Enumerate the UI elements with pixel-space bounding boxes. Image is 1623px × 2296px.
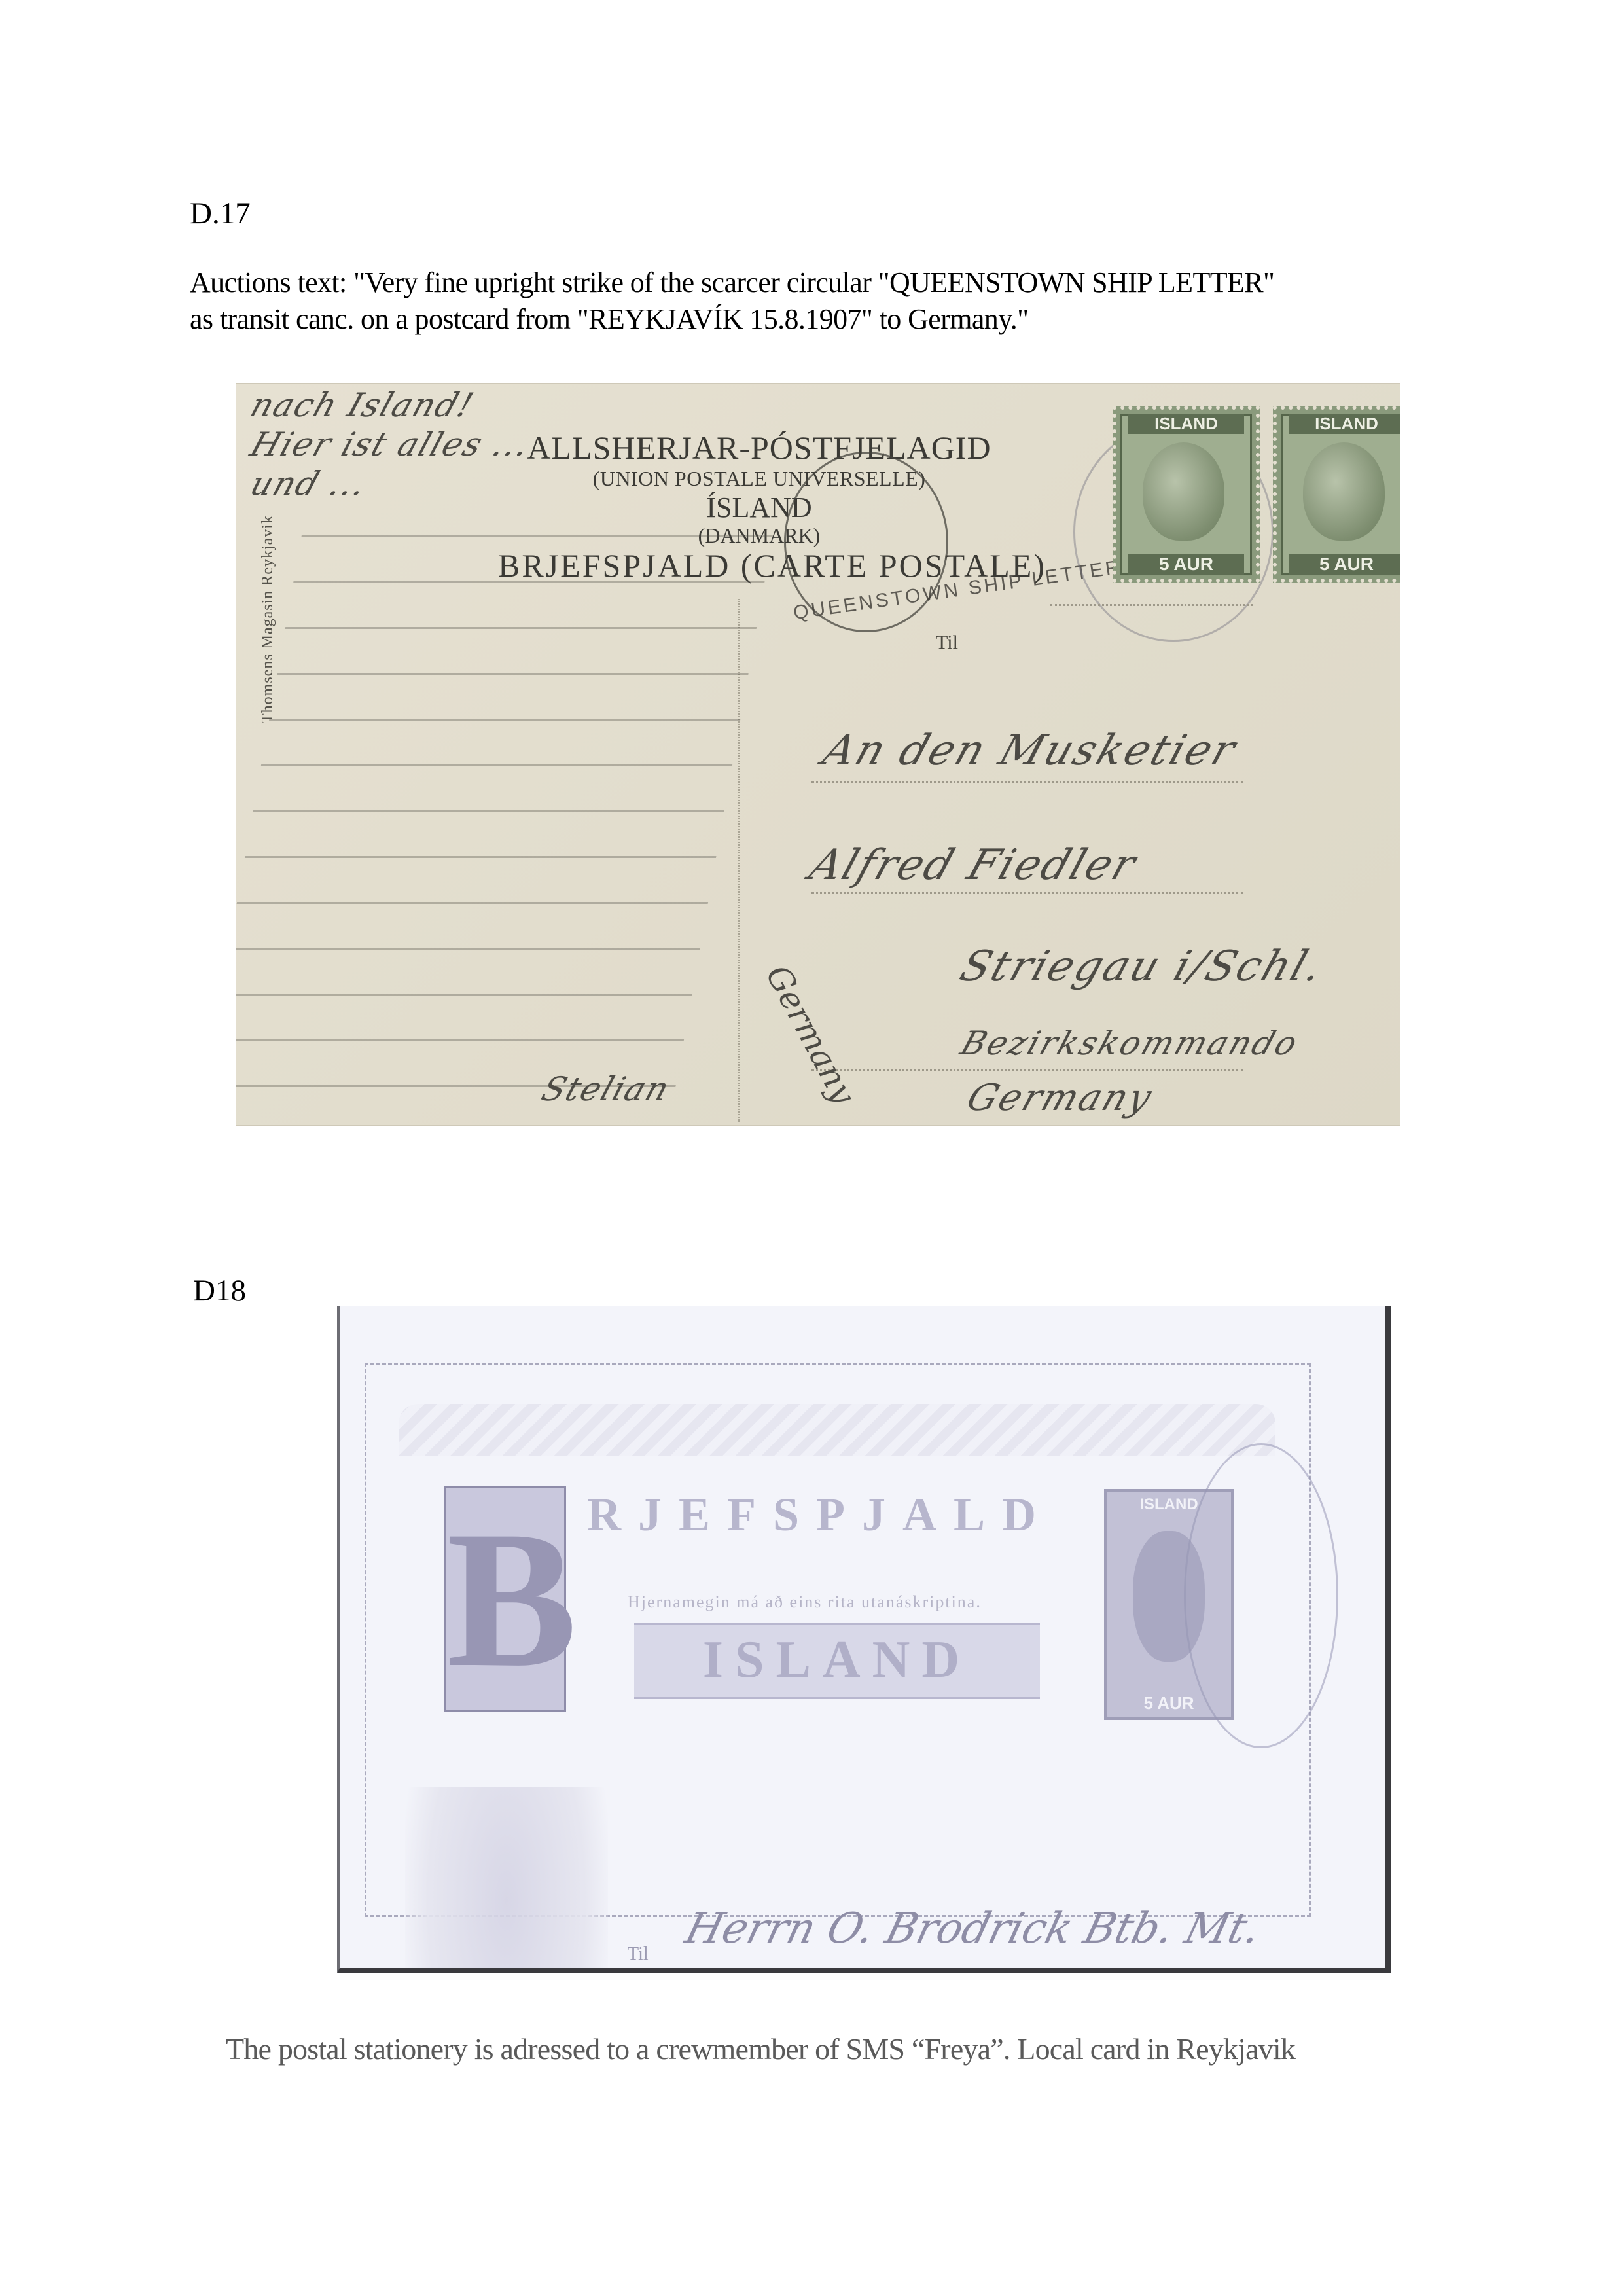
printed-header-line-1: ALLSHERJAR-PÓSTFJELAGID	[478, 429, 1041, 467]
stamp-country: ISLAND	[1128, 414, 1244, 434]
portrait-icon	[1143, 442, 1224, 541]
card-title: RJEFSPJALD	[587, 1488, 1053, 1542]
country-banner: ISLAND	[634, 1623, 1040, 1699]
address-dotted-line	[811, 781, 1243, 783]
printed-notice: Hjernamegin má að eins rita utanáskripti…	[628, 1592, 982, 1612]
country-name: ISLAND	[634, 1630, 1040, 1690]
address-line-5: Germany	[961, 1077, 1158, 1119]
section-label-d18: D18	[193, 1276, 246, 1306]
address-dotted-line	[811, 892, 1243, 894]
auction-text: Auctions text: "Very fine upright strike…	[190, 264, 1274, 338]
address-line-2: Alfred Fiedler	[804, 841, 1143, 889]
auction-text-line-1: Auctions text: "Very fine upright strike…	[190, 264, 1274, 301]
printed-header-line-2: (UNION POSTALE UNIVERSELLE)	[478, 467, 1041, 491]
message-line-3: und ...	[246, 465, 372, 503]
reykjavik-postmark-icon	[1184, 1443, 1338, 1748]
address-line-1: Herrn O. Brodrick Btb. Mt.	[681, 1905, 1265, 1953]
title-initial: B	[446, 1494, 564, 1704]
address-prefix: Til	[628, 1944, 649, 1965]
message-line-2: Hier ist alles ...	[246, 425, 535, 463]
auction-text-line-2: as transit canc. on a postcard from "REY…	[190, 301, 1274, 338]
address-line-1: An den Musketier	[817, 726, 1243, 775]
signature: Stelian	[537, 1070, 675, 1108]
address-line-4: Bezirkskommando	[956, 1024, 1304, 1062]
stamp-1: ISLAND 5 AUR	[1113, 406, 1260, 583]
message-handwriting	[236, 504, 778, 1093]
stamp-country: ISLAND	[1289, 414, 1400, 434]
stamp-value: 5 AUR	[1128, 554, 1244, 575]
address-prefix: Til	[936, 632, 958, 654]
ornament-band-icon	[399, 1404, 1275, 1456]
ornamental-monogram-icon	[405, 1787, 608, 1973]
address-line-3: Striegau i/Schl.	[954, 942, 1330, 991]
portrait-icon	[1303, 442, 1385, 541]
address-dotted-line	[811, 1069, 1243, 1071]
stamp-value: 5 AUR	[1289, 554, 1400, 575]
initial-letter-box: B	[444, 1486, 566, 1712]
side-note: Germany	[758, 959, 863, 1110]
section-label-d17: D.17	[190, 198, 251, 229]
message-line-1: nach Island!	[246, 386, 479, 424]
stamp-2: ISLAND 5 AUR	[1273, 406, 1400, 583]
postcard-image-d17: ALLSHERJAR-PÓSTFJELAGID (UNION POSTALE U…	[236, 383, 1400, 1126]
address-dotted-line	[1050, 604, 1253, 606]
postcard-image-d18: B RJEFSPJALD ISLAND Hjernamegin má að ei…	[337, 1306, 1391, 1973]
caption: The postal stationery is adressed to a c…	[226, 2032, 1295, 2066]
